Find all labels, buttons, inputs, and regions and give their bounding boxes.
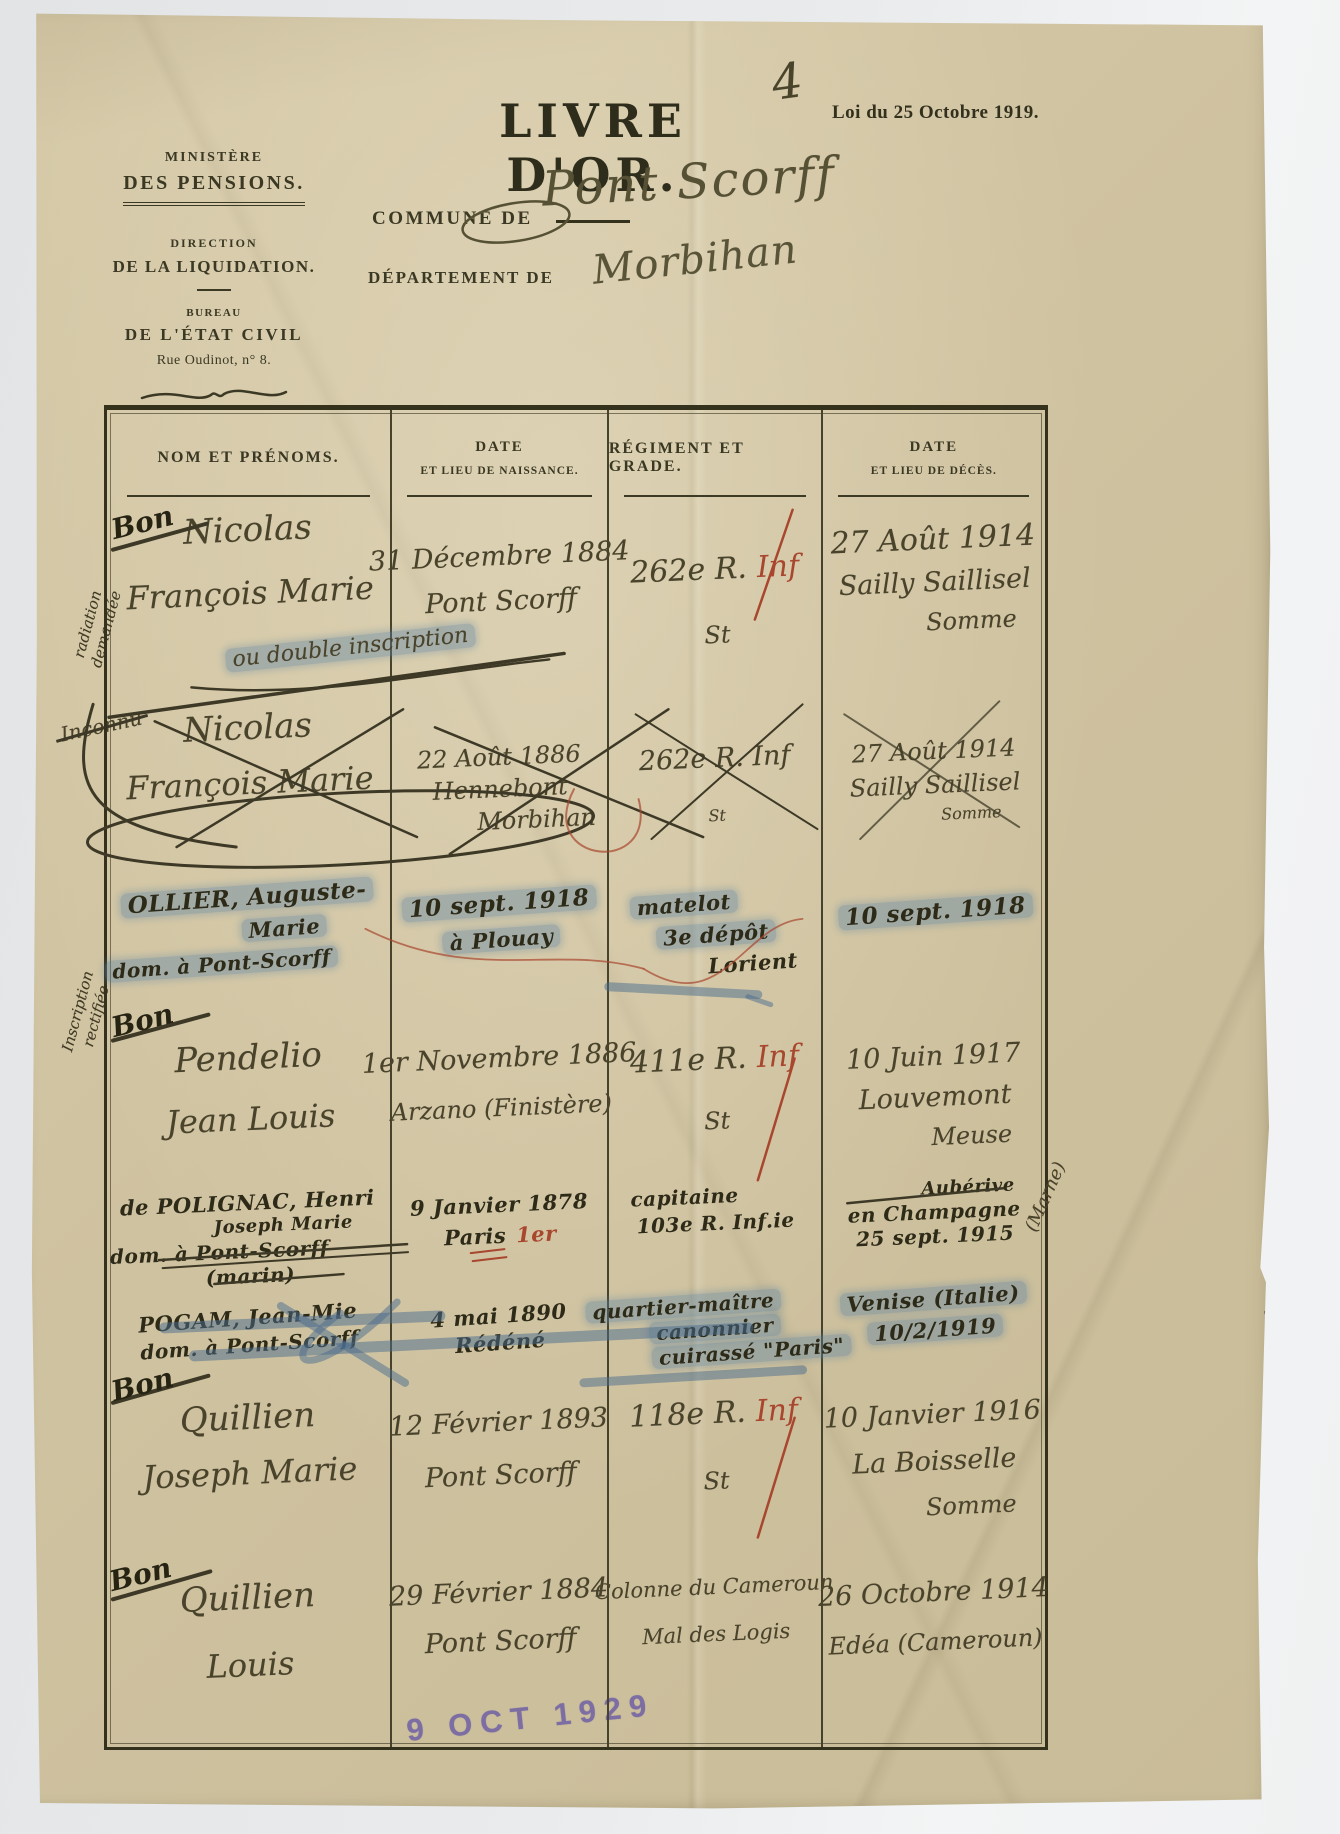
table-row-cell: 262e R.Inf St xyxy=(609,505,823,705)
table-row-cell: quartier-maître canonnier cuirassé "Pari… xyxy=(609,1305,823,1395)
entry-name: Quillien xyxy=(179,1398,316,1438)
entry-birth-place: Paris xyxy=(444,1225,507,1249)
table-row-cell: 10 sept. 1918 xyxy=(823,865,1045,1005)
table-row-cell: OLLIER, Auguste- Marie dom. à Pont-Scorf… xyxy=(107,865,392,1005)
entry-name: OLLIER, Auguste- xyxy=(120,876,374,919)
entry-death-place-correction: Aubérive xyxy=(921,1176,1015,1198)
entry-firstnames: Joseph Marie xyxy=(142,1452,358,1493)
entry-birth-date: 12 Février 1893 xyxy=(389,1404,609,1441)
entry-note-struck: (marin) xyxy=(205,1264,295,1288)
table-row-cell: 29 Février 1884 Pont Scorff xyxy=(392,1565,609,1747)
entry-grade: St xyxy=(703,1468,730,1493)
document-page: MINISTÈRE DES PENSIONS. DIRECTION DE LA … xyxy=(30,10,1274,1812)
entry-regiment: 262e R. Inf xyxy=(638,742,791,776)
entry-name: Nicolas xyxy=(182,708,312,748)
entry-regiment: 118e R. xyxy=(628,1398,746,1433)
table-row-cell: Nicolas François Marie xyxy=(107,705,392,865)
table-row-cell: Quillien Joseph Marie xyxy=(107,1395,392,1565)
entry-birth-arrondissement: 1er xyxy=(516,1223,557,1246)
entry-regiment-red: Inf xyxy=(756,551,800,583)
entry-birth-place: Pont Scorff xyxy=(425,585,578,619)
address-line: Rue Oudinot, n° 8. xyxy=(88,353,340,369)
imprint-part: 135-435 xyxy=(1262,1531,1278,1583)
entry-death-date: 26 Octobre 1914 xyxy=(817,1574,1049,1611)
entry-regiment: 411e R. xyxy=(629,1044,747,1079)
table-row-cell: 262e R. Inf St xyxy=(609,705,823,865)
entry-grade: St xyxy=(708,808,726,825)
column-header-regiment: RÉGIMENT ET GRADE. xyxy=(609,410,823,505)
ministry-line: MINISTÈRE xyxy=(88,150,340,166)
entry-grade: capitaine xyxy=(630,1185,739,1210)
entry-grade: matelot xyxy=(629,889,738,919)
entry-regiment: 103e R. Inf.ie xyxy=(636,1210,795,1237)
direction-line: DIRECTION xyxy=(88,236,340,251)
entry-birth-place: Rédéné xyxy=(455,1329,547,1356)
entry-birth-place: Pont Scorff xyxy=(424,1625,577,1659)
divider xyxy=(197,289,231,291)
entry-death-date: 10/2/1919 xyxy=(866,1313,1003,1345)
entry-firstnames: Joseph Marie xyxy=(213,1213,353,1237)
entry-birth-place: Pont Scorff xyxy=(424,1459,577,1493)
entry-name: Quillien xyxy=(179,1578,316,1618)
printer-imprint: 135-435 J. 36150-29. [33488] xyxy=(1262,1246,1278,1646)
entry-birth-dept: Morbihan xyxy=(477,805,597,834)
entry-death-date: 27 Août 1914 xyxy=(830,521,1036,560)
entry-birth-date: 9 Janvier 1878 xyxy=(410,1190,589,1219)
entry-regiment: 262e R. xyxy=(629,554,747,589)
table-row-cell: 411e R.Inf St xyxy=(609,1005,823,1180)
entry-death-place: Sailly Saillisel xyxy=(838,565,1031,600)
table-row-cell: 1er Novembre 1886 Arzano (Finistère) xyxy=(392,1005,609,1180)
entry-birth-date: 22 Août 1886 xyxy=(417,741,582,772)
imprint-part: J. 36150-29. xyxy=(1262,1405,1278,1486)
entry-domicile-struck: dom. à Pont-Scorff xyxy=(110,1238,330,1268)
table-row-cell: Venise (Italie) 10/2/1919 xyxy=(823,1305,1045,1395)
table-row-cell: 12 Février 1893 Pont Scorff xyxy=(392,1395,609,1565)
entry-grade: St xyxy=(703,1108,730,1133)
entry-regiment: 3e dépôt xyxy=(655,919,776,950)
handwritten-page-number: 4 xyxy=(769,56,806,108)
table-row-cell: 10 Janvier 1916 La Boisselle Somme xyxy=(823,1395,1045,1565)
header-text: NOM ET PRÉNOMS. xyxy=(157,449,339,467)
register-table: NOM ET PRÉNOMS. DATE ET LIEU DE NAISSANC… xyxy=(104,405,1048,1750)
direction-name: DE LA LIQUIDATION. xyxy=(88,257,340,277)
table-row-cell: 10 Juin 1917 Louvemont Meuse xyxy=(823,1005,1045,1180)
entry-domicile: dom. à Pont-Scorff xyxy=(105,945,339,983)
entry-birth-date: 29 Février 1884 xyxy=(389,1574,609,1611)
departement-value-handwritten: Morbihan xyxy=(590,229,799,290)
table-row-cell: 26 Octobre 1914 Edéa (Cameroun) xyxy=(823,1565,1045,1747)
entry-death-dept: Somme xyxy=(940,804,1001,823)
header-text: ET LIEU DE DÉCÈS. xyxy=(871,465,997,477)
table-row-cell: 4 mai 1890 Rédéné xyxy=(392,1305,609,1395)
bureau-line: BUREAU xyxy=(88,307,340,319)
column-header-naissance: DATE ET LIEU DE NAISSANCE. xyxy=(392,410,609,505)
header-text: ET LIEU DE NAISSANCE. xyxy=(420,465,578,477)
entry-firstnames: François Marie xyxy=(126,762,375,805)
entry-regiment-place: Lorient xyxy=(707,949,798,976)
table-row-cell: 118e R.Inf St xyxy=(609,1395,823,1565)
table-row-cell: capitaine 103e R. Inf.ie xyxy=(609,1180,823,1305)
entry-birth-date: 4 mai 1890 xyxy=(430,1300,568,1330)
entry-death-date: 25 sept. 1915 xyxy=(855,1223,1014,1250)
column-header-nom: NOM ET PRÉNOMS. xyxy=(107,410,392,505)
table-row-cell: 31 Décembre 1884 Pont Scorff xyxy=(392,505,609,705)
table-row-cell: 27 Août 1914 Sailly Saillisel Somme xyxy=(823,705,1045,865)
entry-death-place: Sailly Saillisel xyxy=(849,769,1021,800)
table-row-cell: de POLIGNAC, Henri Joseph Marie dom. à P… xyxy=(107,1180,392,1305)
column-header-deces: DATE ET LIEU DE DÉCÈS. xyxy=(823,410,1045,505)
entry-regiment-red: Inf xyxy=(755,1395,799,1427)
entry-grade: St xyxy=(704,622,731,647)
entry-firstnames: Louis xyxy=(206,1647,295,1683)
law-reference: Loi du 25 Octobre 1919. xyxy=(832,102,1102,124)
entry-death-place: La Boisselle xyxy=(851,1444,1016,1478)
table-row-cell: 10 sept. 1918 à Plouay xyxy=(392,865,609,1005)
entry-death-dept: Meuse xyxy=(931,1122,1013,1150)
entry-death-dept: Somme xyxy=(925,1491,1017,1519)
entry-regiment: Colonne du Cameroun xyxy=(594,1572,833,1603)
entry-death-date: 10 Juin 1917 xyxy=(845,1039,1020,1074)
entry-birth-place: Arzano (Finistère) xyxy=(390,1091,612,1125)
entry-birth-date: 31 Décembre 1884 xyxy=(368,537,630,575)
table-row-cell: matelot 3e dépôt Lorient xyxy=(609,865,823,1005)
entry-death-place: Edéa (Cameroun) xyxy=(828,1625,1043,1658)
header-text: RÉGIMENT ET GRADE. xyxy=(609,440,821,476)
table-row-cell: Quillien Louis xyxy=(107,1565,392,1747)
entry-death-date: 10 Janvier 1916 xyxy=(823,1396,1041,1432)
ministry-name: DES PENSIONS. xyxy=(123,172,304,206)
entry-firstnames: François Marie xyxy=(126,572,375,615)
entry-birth-date: 10 sept. 1918 xyxy=(401,884,597,923)
entry-death-dept: Somme xyxy=(925,606,1017,634)
departement-label: DÉPARTEMENT DE xyxy=(368,268,554,288)
table-row-cell: Colonne du Cameroun Mal des Logis xyxy=(609,1565,823,1747)
entry-birth-place: à Plouay xyxy=(442,924,561,955)
table-row-cell: 27 Août 1914 Sailly Saillisel Somme xyxy=(823,505,1045,705)
entry-firstnames: Jean Louis xyxy=(165,1099,336,1138)
entry-death-date: 10 sept. 1918 xyxy=(837,892,1033,931)
table-row-cell: 22 Août 1886 Hennebont Morbihan xyxy=(392,705,609,865)
commune-value-handwritten: Pont Scorff xyxy=(541,150,837,213)
entry-birth-place: Hennebont xyxy=(432,774,568,804)
header-text: DATE xyxy=(475,439,524,456)
entry-firstnames: Marie xyxy=(241,914,328,943)
entry-name: Pendelio xyxy=(174,1038,323,1078)
imprint-part: [33488] xyxy=(1262,1309,1278,1359)
entry-grade: Mal des Logis xyxy=(642,1621,791,1648)
entry-death-place: Louvemont xyxy=(858,1081,1012,1115)
entry-name: Nicolas xyxy=(182,510,312,550)
bureau-name: DE L'ÉTAT CIVIL xyxy=(88,325,340,345)
entry-death-date: 27 Août 1914 xyxy=(851,735,1016,766)
entry-birth-date: 1er Novembre 1886 xyxy=(361,1039,637,1078)
header-text: DATE xyxy=(910,439,959,456)
table-row-cell: 9 Janvier 1878 Paris1er xyxy=(392,1180,609,1305)
entry-regiment-red: Inf xyxy=(756,1041,800,1073)
letterhead: MINISTÈRE DES PENSIONS. DIRECTION DE LA … xyxy=(88,150,340,412)
